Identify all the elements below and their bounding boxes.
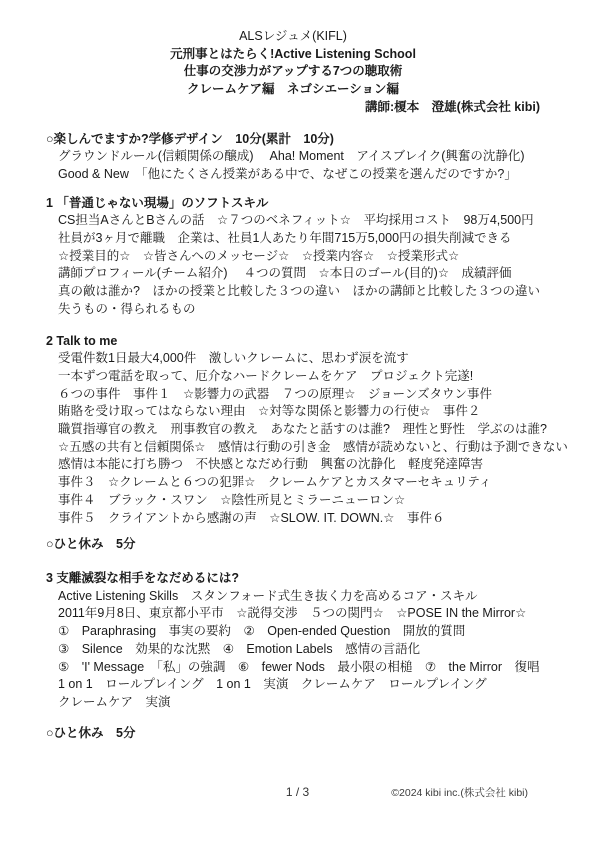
- section-line: CS担当AさんとBさんの話 ☆７つのベネフィット☆ 平均採用コスト 98万4,5…: [46, 212, 540, 230]
- section-line: 失うもの・得られるもの: [46, 301, 540, 319]
- section-line: 社員が3ヶ月で離職 企業は、社員1人あたり年間715万5,000円の損失削減でき…: [46, 230, 540, 248]
- course-title: 元刑事とはたらく!Active Listening School: [46, 46, 540, 64]
- section-line: 事件３ ☆クレームと６つの犯罪☆ クレームケアとカスタマーセキュリティ: [46, 474, 540, 492]
- section-line: グラウンドルール(信頼関係の醸成) Aha! Moment アイスブレイク(興奮…: [46, 148, 540, 166]
- break-2: ○ひと休み 5分: [46, 725, 540, 743]
- section-line: 一本ずつ電話を取って、厄介なハードクレームをケア プロジェクト完遂!: [46, 368, 540, 386]
- section-1-soft-skills: 1 「普通じゃない現場」のソフトスキル CS担当AさんとBさんの話 ☆７つのベネ…: [46, 195, 540, 319]
- section-line: 感情は本能に打ち勝つ 不快感となだめ行動 興奮の沈静化 軽度発達障害: [46, 456, 540, 474]
- page-footer: 1 / 3 ©2024 kibi inc.(株式会社 kibi): [0, 784, 595, 804]
- section-line: ③ Silence 効果的な沈黙 ④ Emotion Labels 感情の言語化: [46, 641, 540, 659]
- resume-label: ALSレジュメ(KIFL): [46, 28, 540, 46]
- section-line: ⑤ 'I' Message 「私」の強調 ⑥ fewer Nods 最小限の相槌…: [46, 659, 540, 677]
- section-line: 職質指導官の教え 刑事教官の教え あなたと話すのは誰? 理性と野性 学ぶのは誰?: [46, 421, 540, 439]
- section-line: ６つの事件 事件１ ☆影響力の武器 ７つの原理☆ ジョーンズタウン事件: [46, 386, 540, 404]
- section-3-heading: 3 支離滅裂な相手をなだめるには?: [46, 570, 540, 588]
- section-line: 賄賂を受け取ってはならない理由 ☆対等な関係と影響力の行使☆ 事件２: [46, 403, 540, 421]
- section-line: 講師プロフィール(チーム紹介) ４つの質問 ☆本日のゴール(目的)☆ 成績評価: [46, 265, 540, 283]
- break-1-heading: ○ひと休み 5分: [46, 536, 540, 554]
- section-line: 事件５ クライアントから感謝の声 ☆SLOW. IT. DOWN.☆ 事件６: [46, 510, 540, 528]
- copyright-notice: ©2024 kibi inc.(株式会社 kibi): [391, 785, 528, 803]
- section-3-soothing: 3 支離滅裂な相手をなだめるには? Active Listening Skill…: [46, 570, 540, 712]
- section-line: 事件４ ブラック・スワン ☆陰性所見とミラーニューロン☆: [46, 492, 540, 510]
- section-2-heading: 2 Talk to me: [46, 333, 540, 351]
- section-opening-heading: ○楽しんでますか?学修デザイン 10分(累計 10分): [46, 131, 540, 149]
- break-2-heading: ○ひと休み 5分: [46, 725, 540, 743]
- section-2-talk-to-me: 2 Talk to me 受電件数1日最大4,000件 激しいクレームに、思わず…: [46, 333, 540, 528]
- section-line: 受電件数1日最大4,000件 激しいクレームに、思わず涙を流す: [46, 350, 540, 368]
- section-line: ☆授業目的☆ ☆皆さんへのメッセージ☆ ☆授業内容☆ ☆授業形式☆: [46, 248, 540, 266]
- section-1-heading: 1 「普通じゃない現場」のソフトスキル: [46, 195, 540, 213]
- lecturer-credit: 講師:榎本 澄雄(株式会社 kibi): [46, 99, 540, 117]
- section-line: 1 on 1 ロールプレイング 1 on 1 実演 クレームケア ロールプレイン…: [46, 676, 540, 694]
- course-edition: クレームケア編 ネゴシエーション編: [46, 81, 540, 99]
- document-header: ALSレジュメ(KIFL) 元刑事とはたらく!Active Listening …: [46, 28, 540, 117]
- section-line: ☆五感の共有と信頼関係☆ 感情は行動の引き金 感情が読めないと、行動は予測できな…: [46, 439, 540, 457]
- section-line: 真の敵は誰か? ほかの授業と比較した３つの違い ほかの講師と比較した３つの違い: [46, 283, 540, 301]
- break-1: ○ひと休み 5分: [46, 536, 540, 554]
- section-line: 2011年9月8日、東京都小平市 ☆説得交渉 ５つの関門☆ ☆POSE IN t…: [46, 605, 540, 623]
- section-line: Active Listening Skills スタンフォード式生き抜く力を高め…: [46, 588, 540, 606]
- section-line: ① Paraphrasing 事実の要約 ② Open-ended Questi…: [46, 623, 540, 641]
- section-line: クレームケア 実演: [46, 694, 540, 712]
- document-page: ALSレジュメ(KIFL) 元刑事とはたらく!Active Listening …: [0, 0, 595, 841]
- section-line: Good & New 「他にたくさん授業がある中で、なぜこの授業を選んだのですか…: [46, 166, 540, 184]
- course-subtitle: 仕事の交渉力がアップする7つの聴取術: [46, 63, 540, 81]
- section-opening-design: ○楽しんでますか?学修デザイン 10分(累計 10分) グラウンドルール(信頼関…: [46, 131, 540, 184]
